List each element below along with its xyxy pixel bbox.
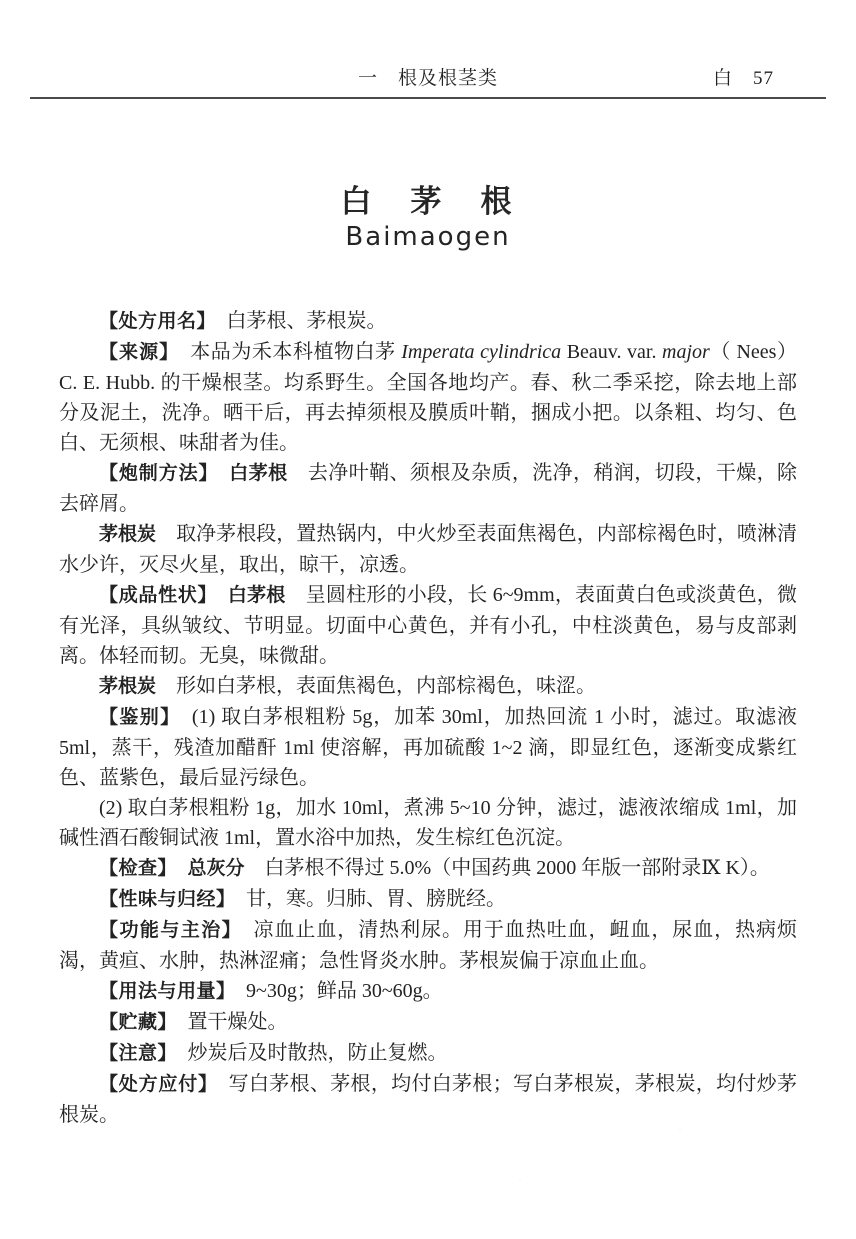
section-label: 【注意】: [99, 1043, 168, 1064]
paragraph: 【处方应付】 写白茅根、茅根，均付白茅根；写白茅根炭，茅根炭，均付炒茅根炭。: [59, 1069, 797, 1130]
text-segment: Beauv. var.: [561, 341, 662, 363]
section-label: 【贮藏】: [99, 1012, 168, 1033]
text-segment: 置干燥处。: [168, 1011, 288, 1033]
paragraph: 【功能与主治】 凉血止血，清热利尿。用于血热吐血，衄血，尿血，热病烦渴，黄疸、水…: [59, 915, 797, 976]
section-label: 【处方应付】: [99, 1074, 208, 1095]
text-segment: 白茅根: [229, 463, 287, 484]
section-label: 【用法与用量】: [99, 981, 226, 1002]
entry-body: 【处方用名】 白茅根、茅根炭。【来源】 本品为禾本科植物白茅 Imperata …: [59, 306, 797, 1130]
paragraph: 【用法与用量】 9~30g；鲜品 30~60g。: [59, 976, 797, 1007]
text-segment: 取净茅根段，置热锅内，中火炒至表面焦褐色，内部棕褐色时，喷淋清水少许，灭尽火星，…: [59, 523, 797, 576]
text-segment: [208, 584, 228, 606]
text-segment: [168, 857, 188, 879]
text-segment: 形如白茅根，表面焦褐色，内部棕褐色，味涩。: [156, 675, 596, 697]
section-label: 【检查】: [99, 858, 168, 879]
text-segment: 总灰分: [188, 858, 245, 879]
paragraph: 【注意】 炒炭后及时散热，防止复燃。: [59, 1038, 797, 1069]
section-label: 【鉴别】: [99, 707, 171, 728]
text-segment: Imperata cylindrica: [401, 341, 561, 363]
section-label: 【成品性状】: [99, 585, 208, 606]
running-head: 一 根及根茎类 白 57: [30, 63, 826, 89]
paragraph: 【来源】 本品为禾本科植物白茅 Imperata cylindrica Beau…: [59, 337, 797, 458]
page-number: 白 57: [713, 63, 774, 90]
section-label: 【性味与归经】: [99, 889, 226, 910]
paragraph: (2) 取白茅根粗粉 1g，加水 10ml，煮沸 5~10 分钟，滤过，滤液浓缩…: [59, 793, 797, 853]
entry-title-chinese: 白 茅 根: [0, 176, 856, 221]
text-segment: [209, 462, 229, 484]
text-segment: 茅根炭: [99, 676, 156, 697]
text-segment: 茅根炭: [99, 524, 156, 545]
section-title: 一 根及根茎类: [358, 63, 498, 90]
section-label: 【炮制方法】: [99, 463, 209, 484]
text-segment: 甘，寒。归肺、胃、膀胱经。: [226, 888, 506, 910]
section-label: 【来源】: [99, 342, 170, 363]
section-label: 【处方用名】: [99, 311, 207, 332]
text-segment: major: [662, 341, 710, 363]
paragraph: 茅根炭 形如白茅根，表面焦褐色，内部棕褐色，味涩。: [59, 671, 797, 702]
paragraph: 【炮制方法】 白茅根 去净叶鞘、须根及杂质，洗净，稍润，切段，干燥，除去碎屑。: [59, 458, 797, 519]
paragraph: 【性味与归经】 甘，寒。归肺、胃、膀胱经。: [59, 884, 797, 915]
text-segment: (2) 取白茅根粗粉 1g，加水 10ml，煮沸 5~10 分钟，滤过，滤液浓缩…: [59, 797, 797, 849]
text-segment: 白茅根不得过 5.0%（中国药典 2000 年版一部附录Ⅸ K）。: [245, 857, 770, 879]
entry-title-pinyin: Baimaogen: [0, 222, 856, 252]
text-segment: 白茅根: [228, 585, 286, 606]
section-label: 【功能与主治】: [99, 920, 233, 941]
paragraph: 【处方用名】 白茅根、茅根炭。: [59, 306, 797, 337]
paragraph: 【鉴别】 (1) 取白茅根粗粉 5g，加苯 30ml，加热回流 1 小时，滤过。…: [59, 702, 797, 793]
paragraph: 【贮藏】 置干燥处。: [59, 1007, 797, 1038]
paragraph: 茅根炭 取净茅根段，置热锅内，中火炒至表面焦褐色，内部棕褐色时，喷淋清水少许，灭…: [59, 519, 797, 580]
text-segment: 9~30g；鲜品 30~60g。: [226, 980, 443, 1002]
text-segment: 白茅根、茅根炭。: [207, 310, 387, 332]
paragraph: 【检查】 总灰分 白茅根不得过 5.0%（中国药典 2000 年版一部附录Ⅸ K…: [59, 853, 797, 884]
header-rule: [30, 97, 826, 99]
book-page: 一 根及根茎类 白 57 白 茅 根 Baimaogen 【处方用名】 白茅根、…: [0, 0, 856, 1239]
text-segment: 炒炭后及时散热，防止复燃。: [168, 1042, 448, 1064]
paragraph: 【成品性状】 白茅根 呈圆柱形的小段，长 6~9mm，表面黄白色或淡黄色，微有光…: [59, 580, 797, 671]
text-segment: 本品为禾本科植物白茅: [170, 341, 402, 363]
